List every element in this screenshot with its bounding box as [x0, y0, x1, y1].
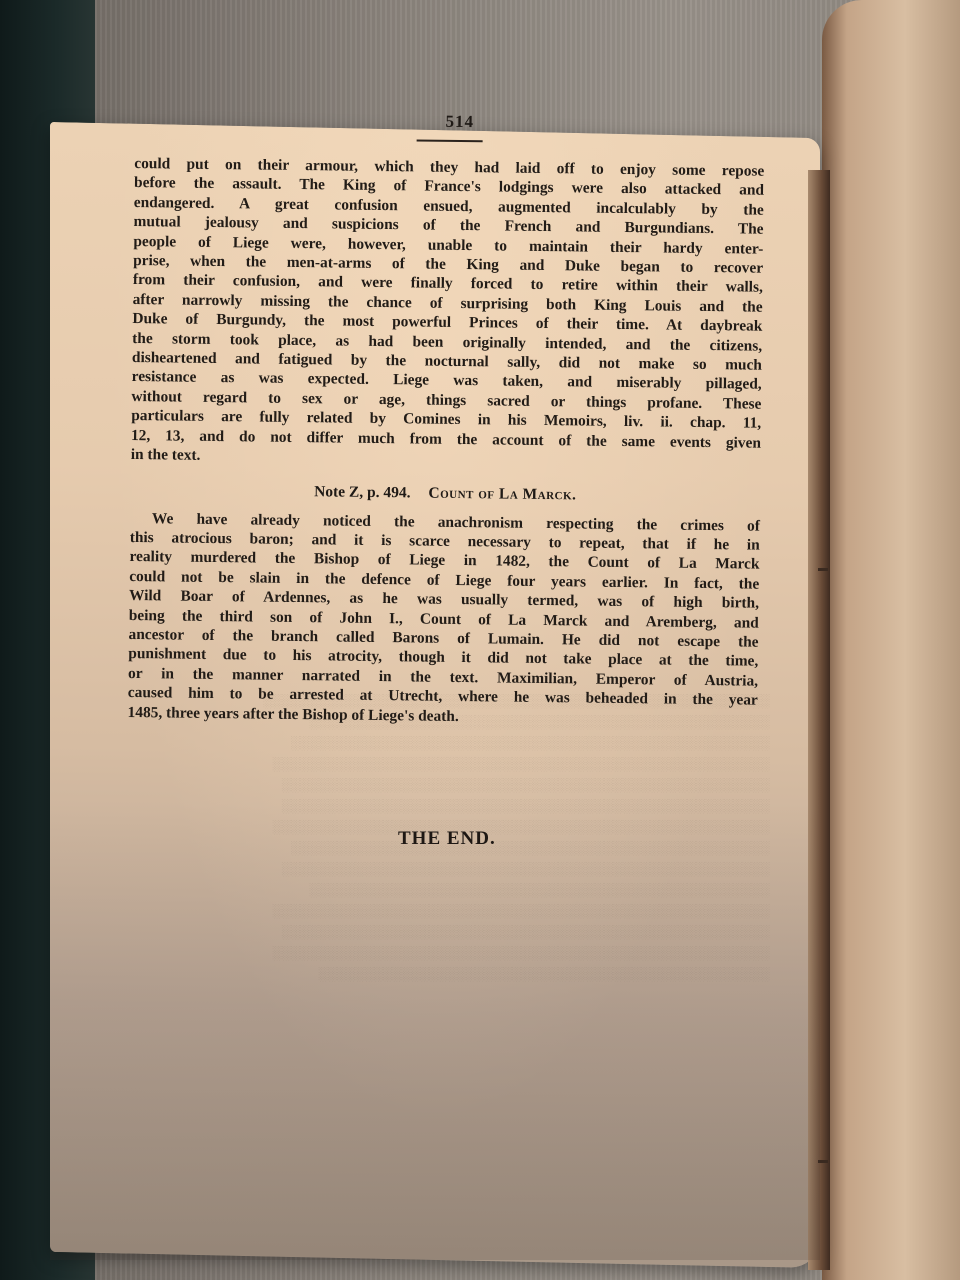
page-number: 514: [155, 108, 765, 135]
header-rule: [417, 139, 483, 142]
page-content: 514 could put on their armour, which the…: [127, 108, 764, 730]
the-end-heading: THE END.: [398, 828, 496, 850]
note-label: Note Z, p. 494.: [314, 483, 411, 501]
book-gutter: [808, 170, 830, 1270]
note-paragraph: We have already noticed the anachronism …: [127, 508, 760, 729]
binding-stitch: [818, 568, 828, 571]
facing-page-edge: [822, 0, 960, 1280]
show-through-text: ░░░░░░░░░░░░░░░░░░░░░░░░░░░░░░░░░░░░░░░░…: [120, 690, 770, 1050]
note-heading: Note Z, p. 494. Count of La Marck.: [130, 480, 760, 506]
note-title: Count of La Marck.: [428, 484, 576, 503]
binding-stitch: [818, 1160, 828, 1163]
continuation-paragraph: could put on their armour, which they ha…: [131, 154, 765, 472]
